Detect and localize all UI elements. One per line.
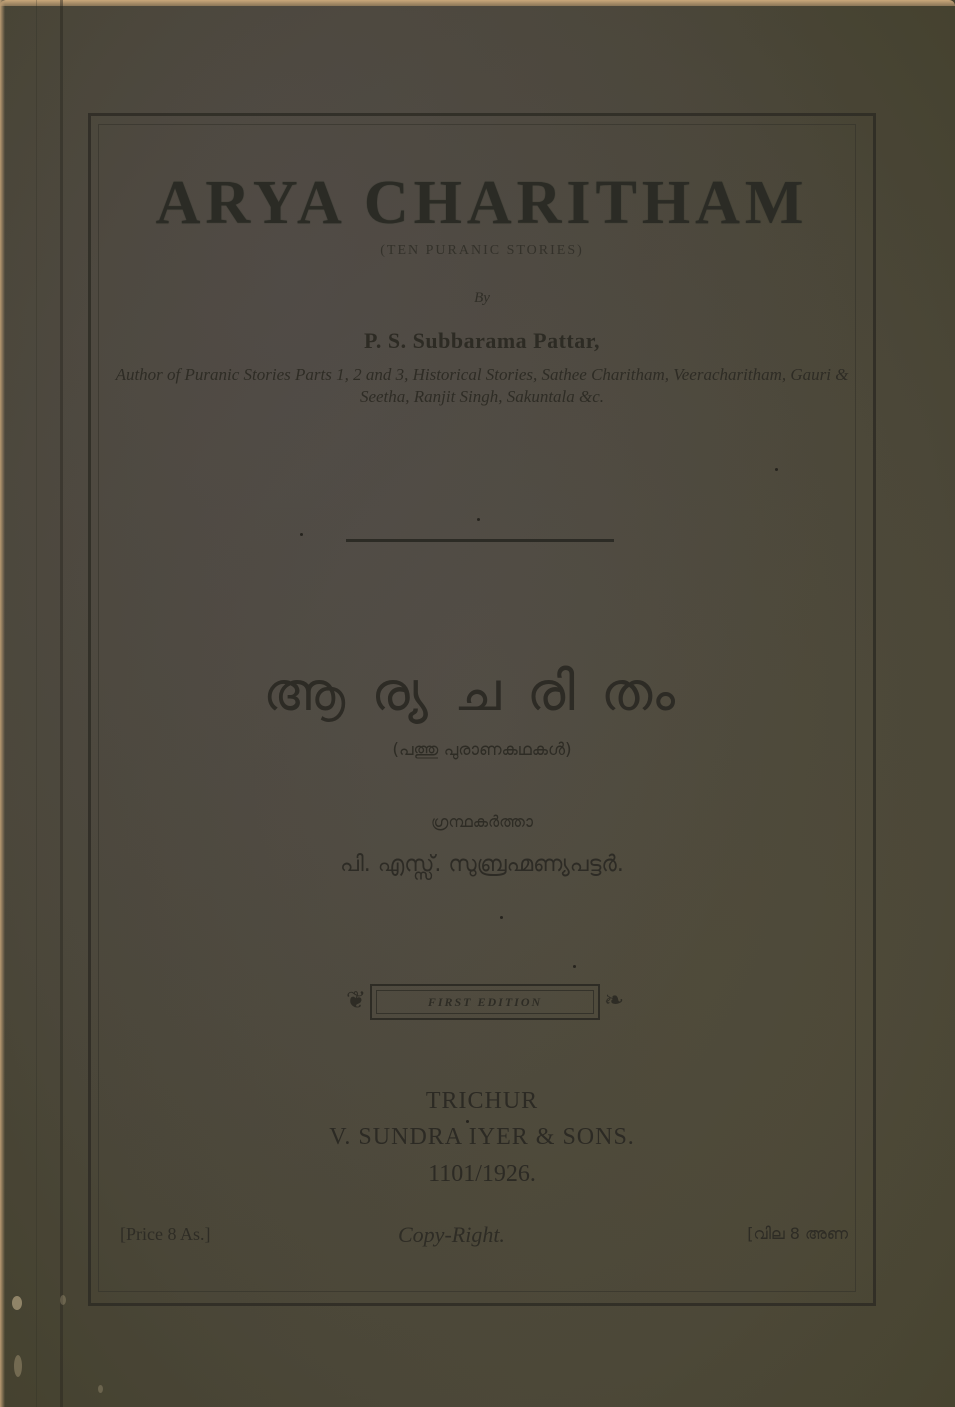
title-english: ARYA CHARITHAM [88, 168, 876, 239]
subtitle-malayalam: (പത്തു പുരാണകഥകൾ) [88, 740, 876, 760]
author-label-malayalam: ഗ്രന്ഥകർത്താ [88, 812, 876, 832]
author-works-list: Author of Puranic Stories Parts 1, 2 and… [104, 364, 860, 408]
ink-speck [775, 468, 778, 471]
author-name-malayalam: പി. എസ്സ്. സുബ്രഹ്മണ്യപട്ടർ. [88, 852, 876, 877]
ink-speck [500, 916, 503, 919]
ink-speck [300, 533, 303, 536]
divider-rule [346, 539, 614, 542]
price-malayalam: [വില 8 അണ [747, 1224, 848, 1244]
spine-fold-line [60, 0, 63, 1407]
cover-top-edge [0, 0, 955, 6]
title-malayalam: ആര്യചരിതം [88, 660, 876, 724]
byline: By [88, 290, 876, 307]
copyright-notice: Copy-Right. [398, 1222, 505, 1248]
paper-wear-spot [12, 1296, 22, 1310]
scroll-ornament-right-icon: ❧ [603, 986, 625, 1016]
publication-place: TRICHUR [88, 1088, 876, 1115]
edition-label: FIRST EDITION [376, 990, 594, 1014]
author-name-english: P. S. Subbarama Pattar, [88, 328, 876, 354]
scroll-ornament-left-icon: ❦ [345, 986, 367, 1016]
price-english: [Price 8 As.] [120, 1224, 210, 1245]
ink-speck [466, 1120, 469, 1123]
ink-speck [573, 965, 576, 968]
edition-box: FIRST EDITION [370, 984, 600, 1020]
price-copyright-line: [Price 8 As.] Copy-Right. [വില 8 അണ [108, 1224, 848, 1254]
subtitle-english: (TEN PURANIC STORIES) [88, 243, 876, 259]
paper-wear-spot [98, 1385, 103, 1393]
ink-speck [477, 518, 480, 521]
paper-wear-spot [60, 1295, 66, 1305]
cover-left-edge [0, 0, 5, 1407]
paper-wear-spot [14, 1355, 22, 1377]
book-cover: ARYA CHARITHAM (TEN PURANIC STORIES) By … [0, 0, 955, 1407]
spine-crease [36, 0, 37, 1407]
publisher-name: V. SUNDRA IYER & SONS. [88, 1124, 876, 1151]
edition-banner: ❦ FIRST EDITION ❧ [345, 982, 635, 1022]
publication-year: 1101/1926. [88, 1161, 876, 1188]
